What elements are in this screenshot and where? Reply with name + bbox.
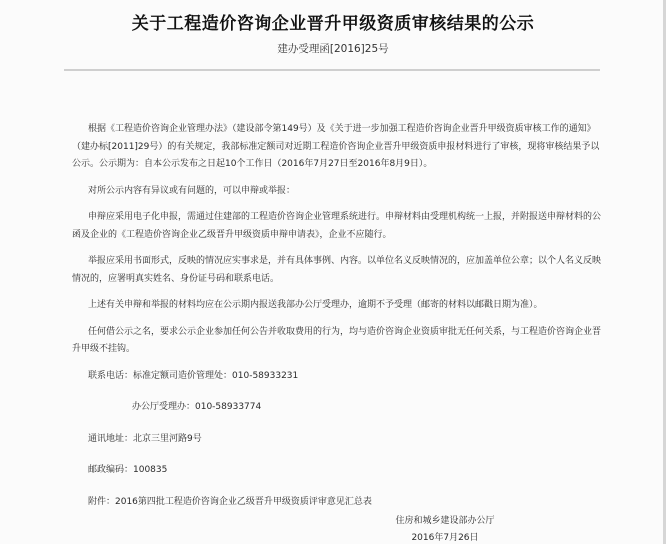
paragraph-objection: 对所公示内容有异议或有问题的，可以申辩或举报： [72, 183, 602, 201]
attachment-link[interactable]: 附件：2016第四批工程造价咨询企业乙级晋升甲级资质评审意见汇总表 [72, 494, 602, 512]
paragraph-warning: 任何借公示之名，要求公示企业参加任何公告并收取费用的行为，均与造价咨询企业资质审… [72, 324, 602, 359]
contact-phone-2: 办公厅受理办：010-58933774 [72, 399, 602, 417]
phone-label: 联系电话： [88, 371, 133, 381]
document-body: 根据《工程造价咨询企业管理办法》（建设部令第149号）及《关于进一步加强工程造价… [72, 121, 602, 525]
document-number: 建办受理函[2016]25号 [0, 41, 666, 56]
paragraph-basis: 根据《工程造价咨询企业管理办法》（建设部令第149号）及《关于进一步加强工程造价… [72, 121, 602, 174]
title-divider [64, 69, 600, 71]
phone-1-value: 标准定额司造价管理处：010-58933231 [133, 371, 298, 381]
contact-phone-1: 联系电话：标准定额司造价管理处：010-58933231 [72, 368, 602, 386]
paragraph-report: 举报应采用书面形式，反映的情况应实事求是，并有具体事例、内容。以单位名义反映情况… [72, 253, 602, 288]
paragraph-appeal: 申辩应采用电子化申报，需通过住建部的工程造价咨询企业管理系统进行。申辩材料由受理… [72, 209, 602, 244]
contact-address: 通讯地址：北京三里河路9号 [72, 431, 602, 449]
contact-postcode: 邮政编码：100835 [72, 462, 602, 480]
signature-date: 2016年7月26日 [380, 530, 510, 543]
paragraph-deadline: 上述有关申辩和举报的材料均应在公示期内报送我部办公厅受理办，逾期不予受理（邮寄的… [72, 297, 602, 315]
signature-organization: 住房和城乡建设部办公厅 [380, 513, 510, 526]
page-title: 关于工程造价咨询企业晋升甲级资质审核结果的公示 [0, 9, 666, 34]
